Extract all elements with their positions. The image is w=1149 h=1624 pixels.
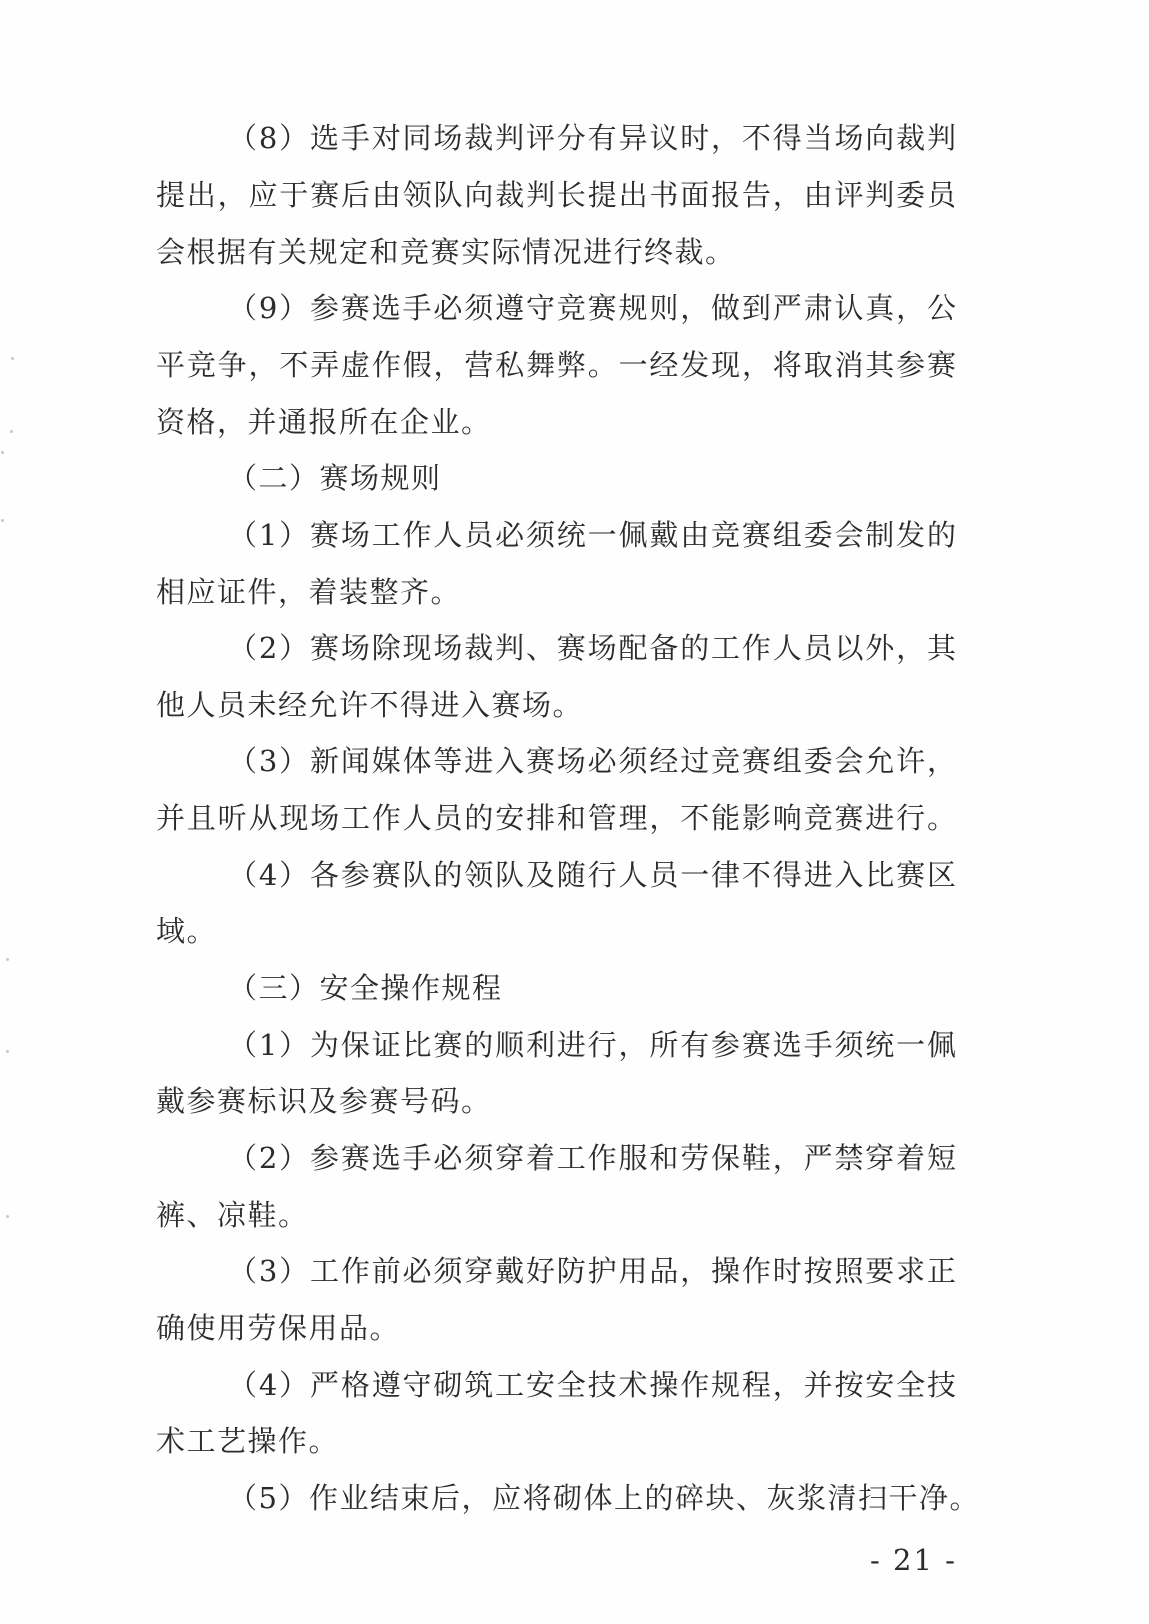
paragraph-line: （2）赛场除现场裁判、赛场配备的工作人员以外，其 bbox=[228, 628, 956, 668]
paragraph-line: （5）作业结束后，应将砌体上的碎块、灰浆清扫干净。 bbox=[228, 1478, 1028, 1518]
paragraph-line: （2）参赛选手必须穿着工作服和劳保鞋，严禁穿着短 bbox=[228, 1138, 956, 1178]
paragraph-line: （4）各参赛队的领队及随行人员一律不得进入比赛区 bbox=[228, 855, 956, 895]
paragraph-line: 资格，并通报所在企业。 bbox=[156, 402, 956, 442]
scan-artifact bbox=[6, 1050, 9, 1053]
page-number: - 21 - bbox=[870, 1540, 957, 1580]
paragraph-line: （3）新闻媒体等进入赛场必须经过竞赛组委会允许， bbox=[228, 741, 956, 781]
paragraph-line: 戴参赛标识及参赛号码。 bbox=[156, 1081, 956, 1121]
section-heading: （二）赛场规则 bbox=[228, 458, 1028, 498]
paragraph-line: 域。 bbox=[156, 911, 956, 951]
paragraph-line: （1）赛场工作人员必须统一佩戴由竞赛组委会制发的 bbox=[228, 515, 956, 555]
scan-artifact bbox=[1, 519, 4, 522]
paragraph-line: 相应证件，着装整齐。 bbox=[156, 572, 956, 612]
paragraph-line: 并且听从现场工作人员的安排和管理，不能影响竞赛进行。 bbox=[156, 798, 956, 838]
scan-artifact bbox=[6, 958, 9, 961]
paragraph-line: （4）严格遵守砌筑工安全技术操作规程，并按安全技 bbox=[228, 1365, 956, 1405]
paragraph-line: （3）工作前必须穿戴好防护用品，操作时按照要求正 bbox=[228, 1251, 956, 1291]
paragraph-line: 平竞争，不弄虚作假，营私舞弊。一经发现，将取消其参赛 bbox=[156, 345, 956, 385]
paragraph-line: 他人员未经允许不得进入赛场。 bbox=[156, 685, 956, 725]
section-heading: （三）安全操作规程 bbox=[228, 968, 1028, 1008]
document-page: （8）选手对同场裁判评分有异议时，不得当场向裁判 提出，应于赛后由领队向裁判长提… bbox=[0, 0, 1149, 1624]
scan-artifact bbox=[1, 451, 4, 454]
paragraph-line: 裤、凉鞋。 bbox=[156, 1195, 956, 1235]
paragraph-line: 会根据有关规定和竞赛实际情况进行终裁。 bbox=[156, 232, 956, 272]
paragraph-line: （1）为保证比赛的顺利进行，所有参赛选手须统一佩 bbox=[228, 1025, 956, 1065]
paragraph-line: 术工艺操作。 bbox=[156, 1421, 956, 1461]
paragraph-line: 提出，应于赛后由领队向裁判长提出书面报告，由评判委员 bbox=[156, 175, 956, 215]
scan-artifact bbox=[10, 430, 13, 433]
scan-artifact bbox=[11, 357, 14, 360]
scan-artifact bbox=[6, 1215, 9, 1218]
paragraph-line: （8）选手对同场裁判评分有异议时，不得当场向裁判 bbox=[228, 118, 956, 158]
paragraph-line: （9）参赛选手必须遵守竞赛规则，做到严肃认真，公 bbox=[228, 288, 956, 328]
paragraph-line: 确使用劳保用品。 bbox=[156, 1308, 956, 1348]
